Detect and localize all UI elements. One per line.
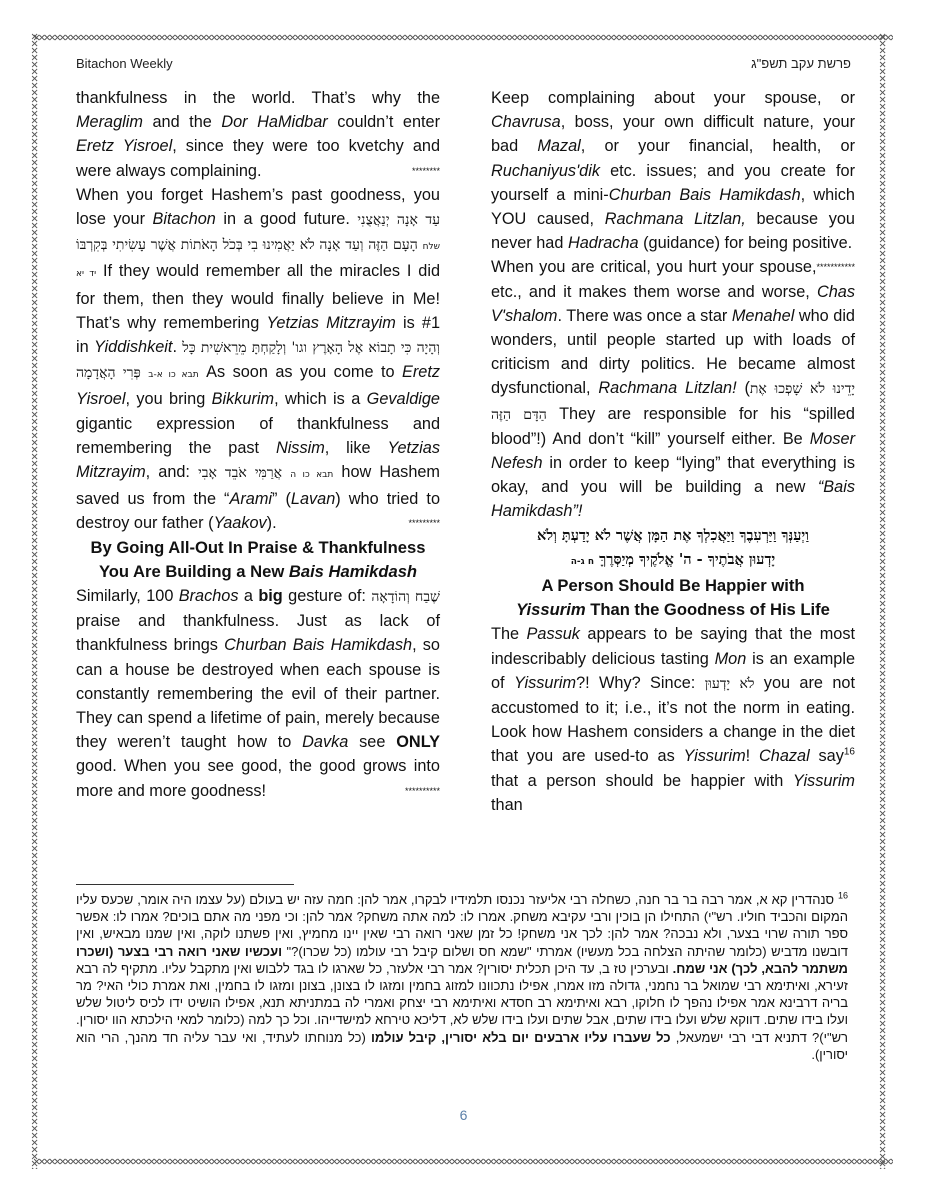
footnote-divider [76, 884, 294, 885]
section-heading: A Person Should Be Happier withYissurim … [491, 574, 855, 622]
text: As soon as you come to [199, 363, 402, 381]
footnote-reference[interactable]: 16 [844, 747, 855, 758]
term: Passuk [527, 625, 580, 643]
text: , or your financial, health, or [581, 137, 855, 155]
text: . [172, 338, 182, 356]
heading-line: By Going All-Out In Praise & Thankfulnes… [91, 538, 426, 557]
paragraph: When you are critical, you hurt your spo… [491, 255, 855, 523]
term: Yissurim [514, 674, 576, 692]
term: Yissurim [684, 747, 746, 765]
text: in order to keep “lying” that everything… [491, 454, 855, 496]
term: Lavan [291, 490, 335, 508]
term: Yissurim [793, 772, 855, 790]
section-separator: *********** [816, 255, 855, 279]
text: ! [746, 747, 759, 765]
term: Chazal [759, 747, 810, 765]
text: , and: [146, 463, 198, 481]
term: Churban Bais Hamikdash [609, 186, 801, 204]
term: Gevaldige [367, 390, 440, 408]
newsletter-title: Bitachon Weekly [76, 56, 173, 71]
heading-line: Than the Goodness of His Life [586, 600, 830, 619]
text: ( [737, 379, 750, 397]
paragraph: When you forget Hashem’s past goodness, … [76, 183, 440, 536]
verse-quote: וַיְעַנְּךָ וַיַּרְעִבֶךָ וַיַּאֲכִלְךָ … [491, 524, 855, 574]
text: . There was once a star [557, 307, 731, 325]
left-column: thankfulness in the world. That’s why th… [76, 86, 440, 803]
term: Rachmana Litzlan, [605, 210, 746, 228]
term: Bitachon [153, 210, 216, 228]
text: Keep complaining about your spouse, or [491, 89, 855, 107]
verse-line: יָדְעוּן אֲבֹתֶיךָ - ה' אֱלֹקֶיךָ מְיַסְ… [599, 551, 775, 568]
term: Davka [302, 733, 348, 751]
text: ). [267, 514, 277, 532]
term: Chavrusa [491, 113, 561, 131]
term: Mazal [537, 137, 580, 155]
text: ?! Why? Since: [576, 674, 705, 692]
text: , which is a [274, 390, 367, 408]
text: a [239, 587, 259, 605]
text: good. When you see good, the good grows … [76, 757, 440, 799]
text: (guidance) for being positive. [639, 234, 853, 252]
term: Yaakov [214, 514, 267, 532]
section-separator: ********* [408, 511, 440, 535]
term: Yetzias Mitzrayim [266, 314, 395, 332]
term: Yiddishkeit [94, 338, 172, 356]
paragraph: thankfulness in the world. That’s why th… [76, 86, 440, 183]
term: Meraglim [76, 113, 143, 131]
heading-term: Yissurim [516, 600, 585, 619]
hebrew-quote: שֶׁבַח וְהוֹדָאָה [371, 589, 440, 605]
term: Arami [229, 490, 272, 508]
term: Menahel [732, 307, 794, 325]
heading-line: A Person Should Be Happier with [541, 576, 804, 595]
term: Ruchaniyus'dik [491, 162, 600, 180]
decorative-border-right: ✕✕✕✕✕✕✕✕✕✕✕✕✕✕✕✕✕✕✕✕✕✕✕✕✕✕✕✕✕✕✕✕✕✕✕✕✕✕✕✕… [879, 33, 893, 1169]
source-reference: ח ג-ה [571, 557, 594, 567]
text: say [810, 747, 844, 765]
heading-term: Bais Hamikdash [289, 562, 417, 581]
paragraph: Keep complaining about your spouse, or C… [491, 86, 855, 255]
term: Churban Bais Hamikdash [224, 636, 412, 654]
right-column: Keep complaining about your spouse, or C… [491, 86, 855, 817]
paragraph: Similarly, 100 Brachos a big gesture of:… [76, 584, 440, 803]
text: The [491, 625, 527, 643]
term: Nissim [276, 439, 325, 457]
hebrew-quote: לֹא יָדְעוּן [705, 676, 755, 692]
text: ” ( [272, 490, 291, 508]
decorative-border-left: ✕✕✕✕✕✕✕✕✕✕✕✕✕✕✕✕✕✕✕✕✕✕✕✕✕✕✕✕✕✕✕✕✕✕✕✕✕✕✕✕… [31, 33, 45, 1169]
text: couldn’t enter [328, 113, 440, 131]
term: Eretz Yisroel [76, 137, 172, 155]
text: in a good future. [216, 210, 357, 228]
term: Dor HaMidbar [221, 113, 327, 131]
term: Rachmana Litzlan! [598, 379, 736, 397]
emphasis: ONLY [396, 733, 440, 751]
parsha-title: פרשת עקב תשפ"ג [751, 56, 851, 71]
hebrew-quote: אֲרַמִּי אֹבֵד אָבִי [198, 465, 282, 481]
section-heading: By Going All-Out In Praise & Thankfulnes… [76, 536, 440, 584]
term: Hadracha [568, 234, 639, 252]
emphasis: big [258, 587, 282, 605]
heading-line: You Are Building a New [99, 562, 289, 581]
page-number: 6 [0, 1107, 927, 1123]
text: and the [143, 113, 221, 131]
term: Bikkurim [212, 390, 274, 408]
text: that a person should be happier with [491, 772, 793, 790]
text: than [491, 796, 523, 814]
text: thankfulness in the world. That’s why th… [76, 89, 440, 107]
text: , you bring [125, 390, 211, 408]
source-reference: תבא כו ה [290, 470, 333, 480]
text: , like [325, 439, 388, 457]
term: Mon [715, 650, 747, 668]
footnote-number: 16 [838, 891, 848, 901]
term: Brachos [179, 587, 239, 605]
text: see [348, 733, 396, 751]
footnote-bold-text: כל שעברו עליו ארבעים יום בלא יסורין, קיב… [371, 1030, 671, 1045]
text: gesture of: [283, 587, 372, 605]
text: Similarly, 100 [76, 587, 179, 605]
section-separator: ********** [405, 779, 440, 803]
paragraph: The Passuk appears to be saying that the… [491, 622, 855, 817]
decorative-border-top: ✕✕✕✕✕✕✕✕✕✕✕✕✕✕✕✕✕✕✕✕✕✕✕✕✕✕✕✕✕✕✕✕✕✕✕✕✕✕✕✕… [33, 31, 893, 45]
source-reference: תבא כו א-ב [148, 370, 198, 380]
decorative-border-bottom: ✕✕✕✕✕✕✕✕✕✕✕✕✕✕✕✕✕✕✕✕✕✕✕✕✕✕✕✕✕✕✕✕✕✕✕✕✕✕✕✕… [33, 1155, 893, 1169]
verse-line: וַיְעַנְּךָ וַיַּרְעִבֶךָ וַיַּאֲכִלְךָ … [537, 527, 809, 544]
section-separator: ******** [412, 159, 440, 183]
footnote: 16 סנהדרין קא א, אמר רבה בר בר חנה, כשחל… [76, 891, 848, 1063]
text: When you are critical, you hurt your spo… [491, 258, 817, 300]
